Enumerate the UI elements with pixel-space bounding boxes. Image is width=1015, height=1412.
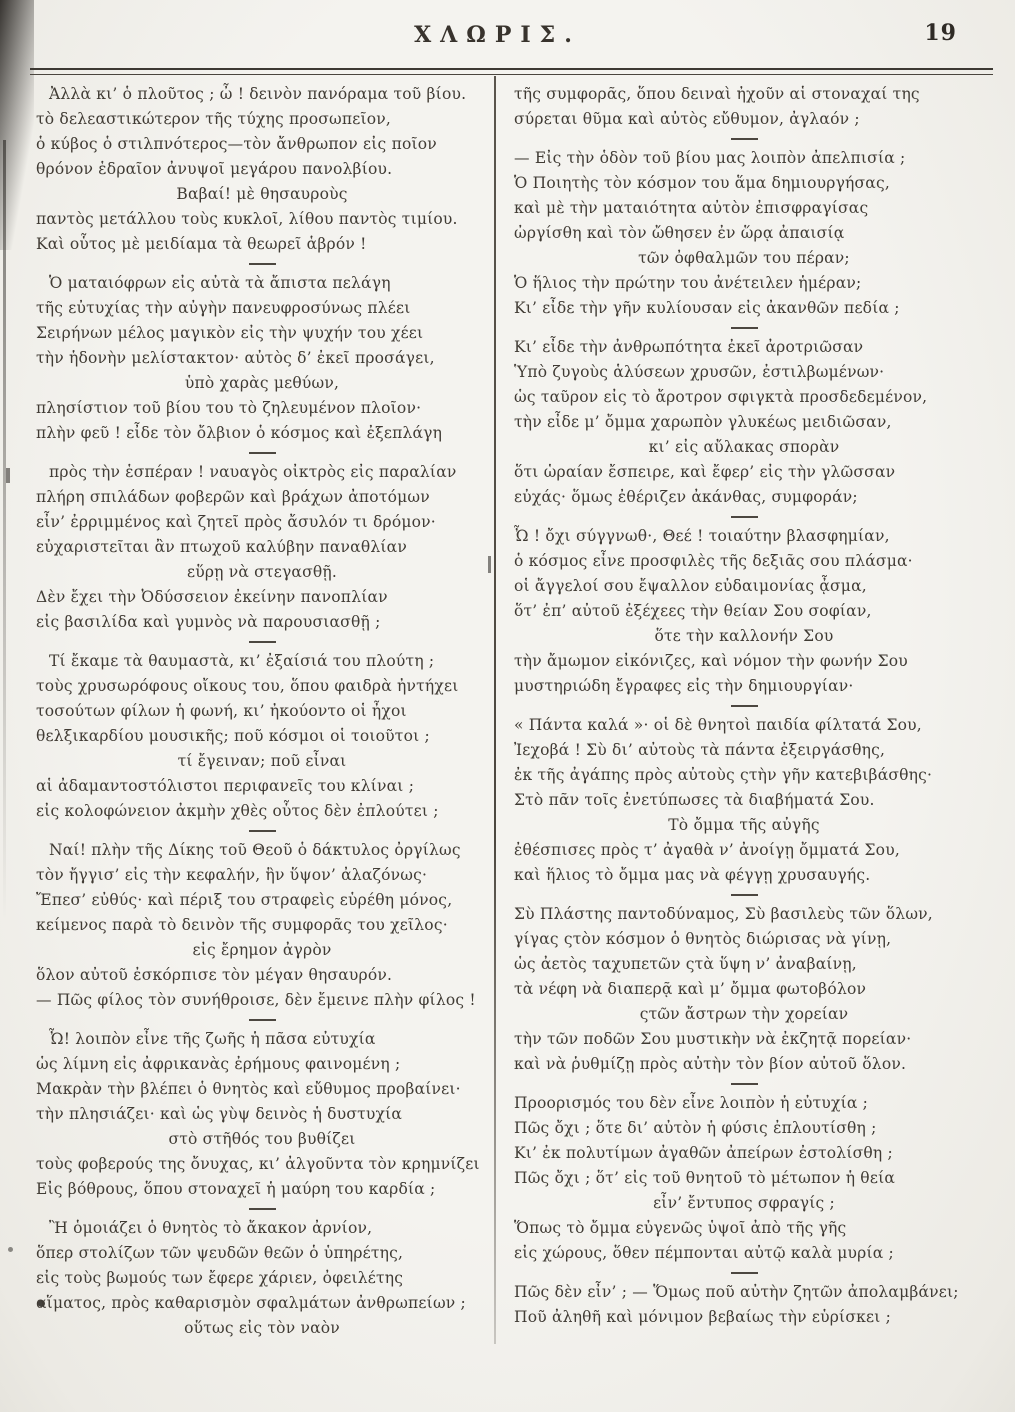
header-double-rule [30,68,993,75]
stanza-separator-rule [731,138,758,140]
poem-line: κείμενος παρὰ τὸ δεινὸν τῆς συμφορᾶς του… [36,913,488,938]
poem-line: Ὁ ἥλιος τὴν πρώτην του ἀνέτειλεν ἡμέραν; [514,271,974,296]
stanza-separator-rule [249,1019,276,1021]
poem-line: Ἀλλὰ κι’ ὁ πλοῦτος ; ὦ ! δεινὸν πανόραμα… [36,82,488,107]
poem-line: τὰ νέφη νὰ διαπερᾷ καὶ μ’ ὄμμα φωτοβόλον [514,977,974,1002]
poem-line: τοσούτων φίλων ἡ φωνή, κι’ ἠκούοντο οἱ ἦ… [36,699,488,724]
poem-line: Κι’ εἶδε τὴν γῆν κυλίουσαν εἰς ἀκανθῶν π… [514,296,974,321]
poem-line: Στὸ πᾶν τοῖς ἐνετύπωσες τὰ διαβήματά Σου… [514,788,974,813]
poem-line: οὕτως εἰς τὸν ναὸν [36,1316,488,1341]
poem-line: πλησίστιον τοῦ βίου του τὸ ζηλευμένον πλ… [36,396,488,421]
stanza: Τί ἔκαμε τὰ θαυμαστὰ, κι’ ἐξαίσιά του πλ… [36,649,488,824]
stanza-separator-rule [731,894,758,896]
poem-line: εὐχαριστεῖται ἂν πτωχοῦ καλύβην παναθλία… [36,535,488,560]
stanza: Κι’ εἶδε τὴν ἀνθρωπότητα ἐκεῖ ἀροτριῶσαν… [514,335,974,510]
stanza: τῆς συμφορᾶς, ὅπου δειναὶ ἠχοῦν αἱ στονα… [514,82,974,132]
poem-line: Ἔπεσ’ εὐθύς· καὶ πέριξ του στραφεὶς εὑρέ… [36,888,488,913]
stanza: Ὁ ματαιόφρων εἰς αὐτὰ τὰ ἄπιστα πελάγητῆ… [36,271,488,446]
poem-line: Ναί! πλὴν τῆς Δίκης τοῦ Θεοῦ ὁ δάκτυλος … [36,838,488,863]
journal-title: ΧΛΩΡΙΣ. [0,22,1005,48]
poem-line: τὴν τῶν ποδῶν Σου μυστικὴν νὰ ἐκζητᾷ πορ… [514,1027,974,1052]
poem-line: εἰς βασιλίδα καὶ γυμνὸς νὰ παρουσιασθῇ ; [36,610,488,635]
poem-line: ὠργίσθη καὶ τὸν ὤθησεν ἐν ὥρᾳ ἀπαισίᾳ [514,221,974,246]
stanza: Ναί! πλὴν τῆς Δίκης τοῦ Θεοῦ ὁ δάκτυλος … [36,838,488,1013]
poem-line: τῆς συμφορᾶς, ὅπου δειναὶ ἠχοῦν αἱ στονα… [514,82,974,107]
poem-line: Τί ἔκαμε τὰ θαυμαστὰ, κι’ ἐξαίσιά του πλ… [36,649,488,674]
poem-line: Προορισμός του δὲν εἶνε λοιπὸν ἡ εὐτυχία… [514,1091,974,1116]
poem-line: ὡς ἀετὸς ταχυπετῶν ςτὰ ὕψη ν’ ἀναβαίνῃ, [514,952,974,977]
poem-line: ςτῶν ἄστρων τὴν χορείαν [514,1002,974,1027]
stanza-separator-rule [731,327,758,329]
poem-line: καὶ ἥλιος τὸ ὄμμα μας νὰ φέγγῃ χρυσαυγής… [514,863,974,888]
poem-line: Σειρήνων μέλος μαγικὸν εἰς τὴν ψυχήν του… [36,321,488,346]
poem-line: ὅτι ὡραίαν ἔσπειρε, καὶ ἔφερ’ εἰς τὴν γλ… [514,460,974,485]
poem-line: τί ἔγειναν; ποῦ εἶναι [36,749,488,774]
poem-line: θελξικαρδίου μουσικῆς; ποῦ κόσμοι οἱ τοι… [36,724,488,749]
poem-line: θρόνον ἑδραῖον ἀνυψοῖ μεγάρου πανολβίου. [36,157,488,182]
ink-speck [488,556,491,573]
poem-line: Τὸ ὄμμα τῆς αὐγῆς [514,813,974,838]
poem-line: εὐχάς· ὅμως ἐθέριζεν ἀκάνθας, συμφοράν; [514,485,974,510]
poem-line: αἱ ἀδαμαντοστόλιστοι περιφανεῖς του κλίν… [36,774,488,799]
poem-line: πλήρη σπιλάδων φοβερῶν καὶ βράχων ἀποτόμ… [36,485,488,510]
stanza-separator-rule [249,641,276,643]
poem-line: εἰς κολοφώνειον ἀκμὴν χθὲς οὗτος δὲν ἐπλ… [36,799,488,824]
poem-line: Κι’ ἐκ πολυτίμων ἀγαθῶν ἀπείρων ἐστολίσθ… [514,1141,974,1166]
ink-speck [6,468,10,483]
poem-line: γίγας ςτὸν κόσμον ὁ θνητὸς διώρισας νὰ γ… [514,927,974,952]
poem-line: Κι’ εἶδε τὴν ἀνθρωπότητα ἐκεῖ ἀροτριῶσαν [514,335,974,360]
poem-line: τὸ δελεαστικώτερον τῆς τύχης προσωπεῖον, [36,107,488,132]
poem-line: ὅτ’ ἐπ’ αὐτοῦ ἐξέχεες τὴν θείαν Σου σοφί… [514,599,974,624]
poem-line: τῶν ὀφθαλμῶν του πέραν; [514,246,974,271]
poem-line: Ποῦ ἀληθῆ καὶ μόνιμον βεβαίως τὴν εὑρίσκ… [514,1305,974,1330]
poem-line: τὴν ἄμωμον εἰκόνιζες, καὶ νόμον τὴν φωνή… [514,649,974,674]
poem-line: τῆς εὐτυχίας τὴν αὐγὴν πανευφροσύνως πλέ… [36,296,488,321]
poem-line: παντὸς μετάλλου τοὺς κυκλοῖ, λίθου παντὸ… [36,207,488,232]
poem-line: Εἰς βόθρους, ὅπου στοναχεῖ ἡ μαύρη του κ… [36,1177,488,1202]
poem-line: Πῶς ὄχι ; ὅτ’ εἰς τοῦ θνητοῦ τὸ μέτωπον … [514,1166,974,1191]
scan-edge-line [3,140,6,920]
stanza: Πῶς δὲν εἶν’ ; — Ὅμως ποῦ αὐτὴν ζητῶν ἀπ… [514,1280,974,1330]
stanza-separator-rule [731,1083,758,1085]
poem-line: Πῶς δὲν εἶν’ ; — Ὅμως ποῦ αὐτὴν ζητῶν ἀπ… [514,1280,974,1305]
poem-line: κι’ εἰς αὔλακας σπορὰν [514,435,974,460]
column-divider-rule [494,76,496,1344]
poem-line: πρὸς τὴν ἑσπέραν ! ναυαγὸς οἰκτρὸς εἰς π… [36,460,488,485]
stanza: Ὦ! λοιπὸν εἶνε τῆς ζωῆς ἡ πᾶσα εὐτυχίαὡς… [36,1027,488,1202]
stanza-separator-rule [731,1272,758,1274]
poem-column-right: τῆς συμφορᾶς, ὅπου δειναὶ ἠχοῦν αἱ στονα… [514,82,974,1330]
poem-line: Μακρὰν τὴν βλέπει ὁ θνητὸς καὶ εὔθυμος π… [36,1077,488,1102]
poem-line: τὸν ἤγγισ’ εἰς τὴν κεφαλήν, ἣν ὕψον’ ἀλα… [36,863,488,888]
poem-line: Ὅπως τὸ ὄμμα εὐγενῶς ὑψοῖ ἀπὸ τῆς γῆς [514,1216,974,1241]
poem-line: μυστηριώδη ἔγραφες εἰς τὴν δημιουργίαν· [514,674,974,699]
stanza: Ἢ ὁμοιάζει ὁ θνητὸς τὸ ἄκακον ἀρνίον,ὅπε… [36,1216,488,1341]
poem-line: καὶ νὰ ῥυθμίζῃ πρὸς αὐτὴν τὸν βίον αὐτοῦ… [514,1052,974,1077]
poem-line: τοὺς φοβερούς της ὄνυχας, κι’ ἀλγοῦντα τ… [36,1152,488,1177]
poem-line: Πῶς ὄχι ; ὅτε δι’ αὐτὸν ἡ φύσις ἐπλουτίσ… [514,1116,974,1141]
stanza-separator-rule [249,452,276,454]
poem-line: εἰς τοὺς βωμούς των ἔφερε χάριεν, ὀφειλέ… [36,1266,488,1291]
stanza-separator-rule [249,263,276,265]
poem-line: πλὴν φεῦ ! εἶδε τὸν ὄλβιον ὁ κόσμος καὶ … [36,421,488,446]
poem-line: εἰς χώρους, ὅθεν πέμπονται αὐτῷ καλὰ μυρ… [514,1241,974,1266]
stanza-separator-rule [731,516,758,518]
poem-line: ὡς λίμνη εἰς ἀφρικανὰς ἐρήμους φαινομένη… [36,1052,488,1077]
poem-line: Ὁ Ποιητὴς τὸν κόσμον του ἅμα δημιουργήσα… [514,171,974,196]
poem-line: — Πῶς φίλος τὸν συνήθροισε, δὲν ἔμεινε π… [36,988,488,1013]
poem-line: καὶ μὲ τὴν ματαιότητα αὐτὸν ἐπισφραγίσας [514,196,974,221]
poem-line: τὴν εἶδε μ’ ὄμμα χαρωπὸν γλυκέως μειδιῶσ… [514,410,974,435]
poem-line: τοὺς χρυσωρόφους οἴκους του, ὅπου φαιδρὰ… [36,674,488,699]
poem-column-left: Ἀλλὰ κι’ ὁ πλοῦτος ; ὦ ! δεινὸν πανόραμα… [36,82,488,1341]
poem-line: Βαβαί! μὲ θησαυροὺς [36,182,488,207]
ink-speck [8,1247,13,1252]
poem-line: εὕρῃ νὰ στεγασθῇ. [36,560,488,585]
poem-line: ὁ κύβος ὁ στιλπνότερος—τὸν ἄνθρωπον εἰς … [36,132,488,157]
poem-line: ὅτε τὴν καλλονήν Σου [514,624,974,649]
poem-line: Ὑπὸ ζυγοὺς ἁλύσεων χρυσῶν, ἐστιλβωμένων· [514,360,974,385]
poem-line: ἐθέσπισες πρὸς τ’ ἀγαθὰ ν’ ἀνοίγῃ ὄμματά… [514,838,974,863]
poem-line: ὁ κόσμος εἶνε προσφιλὲς τῆς δεξιᾶς σου π… [514,549,974,574]
stanza: Ὦ ! ὄχι σύγγνωθ·, Θεέ ! τοιαύτην βλασφημ… [514,524,974,699]
poem-line: ὡς ταῦρον εἰς τὸ ἄροτρον σφιγκτὰ προσδεδ… [514,385,974,410]
poem-line: Ὁ ματαιόφρων εἰς αὐτὰ τὰ ἄπιστα πελάγη [36,271,488,296]
poem-line: ἐκ τῆς ἀγάπης πρὸς αὐτοὺς ςτὴν γῆν κατεβ… [514,763,974,788]
poem-line: ὑπὸ χαρὰς μεθύων, [36,371,488,396]
stanza: Ἀλλὰ κι’ ὁ πλοῦτος ; ὦ ! δεινὸν πανόραμα… [36,82,488,257]
poem-line: Ἰεχοβά ! Σὺ δι’ αὐτοὺς τὰ πάντα ἐξειργάσ… [514,738,974,763]
poem-line: εἶν’ ἔντυπος σφραγίς ; [514,1191,974,1216]
stanza: Προορισμός του δὲν εἶνε λοιπὸν ἡ εὐτυχία… [514,1091,974,1266]
stanza-separator-rule [249,1208,276,1210]
stanza-separator-rule [731,705,758,707]
poem-line: Σὺ Πλάστης παντοδύναμος, Σὺ βασιλεὺς τῶν… [514,902,974,927]
poem-line: τὴν πλησιάζει· καὶ ὡς γὺψ δεινὸς ἡ δυστυ… [36,1102,488,1127]
poem-line: στὸ στῆθός του βυθίζει [36,1127,488,1152]
poem-line: Δὲν ἔχει τὴν Ὀδύσσειον ἐκείνην πανοπλίαν [36,585,488,610]
poem-line: Καὶ οὗτος μὲ μειδίαμα τὰ θεωρεῖ ἁβρόν ! [36,232,488,257]
poem-line: ὅπερ στολίζων τῶν ψευδῶν θεῶν ὁ ὑπηρέτης… [36,1241,488,1266]
poem-line: εἰς ἔρημον ἀγρὸν [36,938,488,963]
poem-line: Ὦ! λοιπὸν εἶνε τῆς ζωῆς ἡ πᾶσα εὐτυχία [36,1027,488,1052]
stanza: Σὺ Πλάστης παντοδύναμος, Σὺ βασιλεὺς τῶν… [514,902,974,1077]
stanza-separator-rule [249,830,276,832]
stanza: — Εἰς τὴν ὁδὸν τοῦ βίου μας λοιπὸν ἀπελπ… [514,146,974,321]
poem-line: τὴν ἡδονὴν μελίστακτον· αὐτὸς δ’ ἐκεῖ πρ… [36,346,488,371]
stanza: « Πάντα καλά »· οἱ δὲ θνητοὶ παιδία φίλτ… [514,713,974,888]
stanza: πρὸς τὴν ἑσπέραν ! ναυαγὸς οἰκτρὸς εἰς π… [36,460,488,635]
poem-line: Ἢ ὁμοιάζει ὁ θνητὸς τὸ ἄκακον ἀρνίον, [36,1216,488,1241]
page-number: 19 [924,20,957,46]
poem-line: οἱ ἄγγελοί σου ἔψαλλον εὐδαιμονίας ᾆσμα, [514,574,974,599]
poem-line: — Εἰς τὴν ὁδὸν τοῦ βίου μας λοιπὸν ἀπελπ… [514,146,974,171]
poem-line: αἵματος, πρὸς καθαρισμὸν σφαλμάτων ἀνθρω… [36,1291,488,1316]
poem-line: σύρεται θῦμα καὶ αὐτὸς εὔθυμον, ἀγλαόν ; [514,107,974,132]
poem-line: « Πάντα καλά »· οἱ δὲ θνητοὶ παιδία φίλτ… [514,713,974,738]
poem-line: ὅλον αὐτοῦ ἐσκόρπισε τὸν μέγαν θησαυρόν. [36,963,488,988]
poem-line: Ὦ ! ὄχι σύγγνωθ·, Θεέ ! τοιαύτην βλασφημ… [514,524,974,549]
poem-line: εἶν’ ἐρριμμένος καὶ ζητεῖ πρὸς ἄσυλόν τι… [36,510,488,535]
